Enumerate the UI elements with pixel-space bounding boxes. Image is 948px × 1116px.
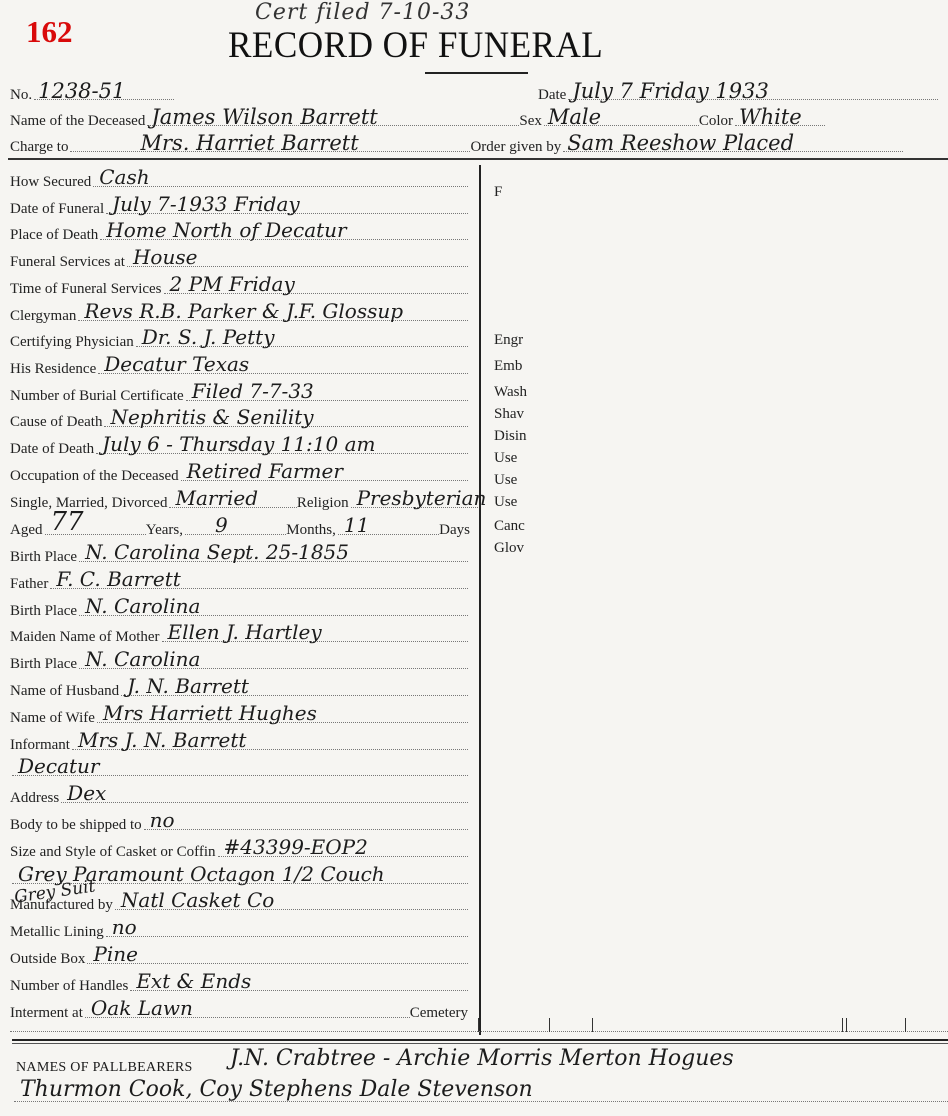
record-number-label: No.: [10, 87, 32, 104]
record-number-field: 1238-51: [34, 77, 174, 100]
side-column-label: Engr: [494, 332, 523, 349]
days-value: 11: [344, 513, 369, 537]
field-value: Filed 7-7-33: [192, 379, 314, 403]
field-value: Pine: [93, 942, 138, 966]
field-label: Name of Wife: [10, 710, 95, 727]
form-field-row: Number of HandlesExt & Ends: [10, 969, 468, 995]
sex-field: Male: [544, 103, 699, 126]
form-field-row: Metallic Liningno: [10, 915, 468, 941]
charge-row: Charge to Mrs. Harriet Barrett Order giv…: [10, 130, 903, 156]
form-field-row: Size and Style of Casket or Coffin#43399…: [10, 835, 468, 861]
form-field-row: InformantMrs J. N. Barrett: [10, 728, 468, 754]
months-value: 9: [215, 513, 228, 537]
aged-label: Aged: [10, 522, 43, 539]
tick-mark: [478, 1018, 479, 1032]
form-field-row: Name of WifeMrs Harriett Hughes: [10, 701, 468, 727]
field-value: J. N. Barrett: [127, 674, 249, 698]
side-column-label: Glov: [494, 540, 524, 557]
field-value: Retired Farmer: [187, 459, 343, 483]
form-field-row: Birth PlaceN. Carolina: [10, 647, 468, 673]
date-label: Date: [538, 87, 566, 104]
title-underline: [425, 72, 528, 74]
field-value: Decatur Texas: [104, 352, 249, 376]
form-field-row: Birth PlaceN. Carolina Sept. 25-1855: [10, 540, 468, 566]
field-label: Place of Death: [10, 227, 98, 244]
form-field-row: Body to be shipped tono: [10, 808, 468, 834]
field-value: Mrs Harriett Hughes: [103, 701, 317, 725]
pallbearers-line-1: J.N. Crabtree - Archie Morris Merton Hog…: [230, 1046, 734, 1071]
sex-value: Male: [548, 105, 601, 129]
field-line: 2 PM Friday: [164, 271, 468, 294]
field-line: Decatur Texas: [98, 351, 468, 374]
field-value: July 6 - Thursday 11:10 am: [102, 432, 375, 456]
section-divider-thin: [12, 1043, 948, 1044]
field-label: Informant: [10, 737, 70, 754]
years-field: 77: [45, 512, 146, 535]
form-field-row: Decatur: [10, 754, 468, 780]
side-column-label: Disin: [494, 428, 527, 445]
order-label: Order given by: [470, 139, 561, 156]
field-value: Dex: [67, 781, 106, 805]
page-title: RECORD OF FUNERAL: [228, 24, 603, 67]
charge-value: Mrs. Harriet Barrett: [140, 131, 358, 155]
side-column-label: Use: [494, 494, 517, 511]
charge-label: Charge to: [10, 139, 68, 156]
form-field-row: Interment atOak LawnCemetery: [10, 996, 468, 1022]
sex-label: Sex: [519, 113, 542, 130]
field-label: Metallic Lining: [10, 924, 104, 941]
field-value: Dr. S. J. Petty: [142, 325, 275, 349]
field-label: Name of Husband: [10, 683, 119, 700]
bottom-dotted-line: [10, 1027, 948, 1032]
color-label: Color: [699, 113, 733, 130]
field-value: N. Carolina: [85, 594, 200, 618]
religion-field: Presbyterian: [351, 485, 478, 508]
header-divider: [8, 158, 948, 160]
side-column-label: Emb: [494, 358, 522, 375]
form-field-row: Cause of DeathNephritis & Senility: [10, 405, 468, 431]
field-line: Cash: [93, 164, 468, 187]
field-line: Filed 7-7-33: [186, 378, 468, 401]
field-line: F. C. Barrett: [50, 566, 468, 589]
field-label: Time of Funeral Services: [10, 281, 162, 298]
tick-mark: [846, 1018, 847, 1032]
years-label: Years,: [146, 522, 183, 539]
form-field-row: Certifying PhysicianDr. S. J. Petty: [10, 325, 468, 351]
field-label: Outside Box: [10, 951, 85, 968]
field-label: Birth Place: [10, 549, 77, 566]
field-label: Birth Place: [10, 656, 77, 673]
field-line: Revs R.B. Parker & J.F. Glossup: [78, 298, 468, 321]
color-value: White: [739, 105, 802, 129]
religion-value: Presbyterian: [357, 486, 487, 510]
field-line: no: [144, 807, 468, 830]
field-value: Cash: [99, 165, 149, 189]
marital-value: Married: [175, 486, 258, 510]
field-value: Revs R.B. Parker & J.F. Glossup: [84, 299, 403, 323]
field-value: no: [112, 915, 137, 939]
tick-mark: [905, 1018, 906, 1032]
field-label: Occupation of the Deceased: [10, 468, 179, 485]
days-field: 11: [338, 512, 439, 535]
field-label: Number of Burial Certificate: [10, 388, 184, 405]
form-field-row: His ResidenceDecatur Texas: [10, 352, 468, 378]
days-label: Days: [439, 522, 470, 539]
side-column-label: Shav: [494, 406, 524, 423]
tick-mark: [549, 1018, 550, 1032]
field-value: N. Carolina Sept. 25-1855: [85, 540, 349, 564]
field-value: Nephritis & Senility: [110, 405, 313, 429]
field-line: Dex: [61, 780, 468, 803]
field-line: no: [106, 914, 468, 937]
field-line: #43399-EOP2: [218, 834, 468, 857]
age-row: Aged 77 Years, 9 Months, 11 Days: [10, 513, 470, 539]
marital-label: Single, Married, Divorced: [10, 495, 167, 512]
field-line: J. N. Barrett: [121, 673, 468, 696]
record-number-value: 1238-51: [38, 79, 125, 103]
field-value: Ellen J. Hartley: [168, 620, 322, 644]
side-column-label: Use: [494, 450, 517, 467]
field-label: Size and Style of Casket or Coffin: [10, 844, 216, 861]
certificate-note: Cert filed 7-10-33: [255, 0, 470, 25]
form-field-row: Number of Burial CertificateFiled 7-7-33: [10, 379, 468, 405]
field-label: Birth Place: [10, 603, 77, 620]
section-divider: [12, 1039, 948, 1041]
field-suffix: Cemetery: [410, 1005, 468, 1022]
field-label: Date of Funeral: [10, 201, 104, 218]
field-line: Retired Farmer: [181, 458, 468, 481]
field-value: Oak Lawn: [91, 996, 193, 1020]
form-field-row: Birth PlaceN. Carolina: [10, 594, 468, 620]
form-field-row: Name of HusbandJ. N. Barrett: [10, 674, 468, 700]
form-field-row: Outside BoxPine: [10, 942, 468, 968]
field-label: Father: [10, 576, 48, 593]
deceased-label: Name of the Deceased: [10, 113, 145, 130]
field-value: N. Carolina: [85, 647, 200, 671]
field-label: Interment at: [10, 1005, 83, 1022]
deceased-value: James Wilson Barrett: [151, 105, 377, 129]
field-value: #43399-EOP2: [224, 835, 368, 859]
field-line: N. Carolina: [79, 593, 468, 616]
form-field-row: Funeral Services atHouse: [10, 245, 468, 271]
form-field-row: Date of DeathJuly 6 - Thursday 11:10 am: [10, 432, 468, 458]
deceased-row: Name of the Deceased James Wilson Barret…: [10, 104, 825, 130]
field-label: His Residence: [10, 361, 96, 378]
religion-label: Religion: [297, 495, 349, 512]
date-value: July 7 Friday 1933: [572, 79, 769, 103]
form-field-row: Place of DeathHome North of Decatur: [10, 218, 468, 244]
field-label: Body to be shipped to: [10, 817, 142, 834]
side-column-label: Canc: [494, 518, 525, 535]
charge-field: Mrs. Harriet Barrett: [70, 129, 470, 152]
side-column-label: Use: [494, 472, 517, 489]
months-field: 9: [185, 512, 286, 535]
field-line: N. Carolina Sept. 25-1855: [79, 539, 468, 562]
tick-mark: [842, 1018, 843, 1032]
order-field: Sam Reeshow Placed: [563, 129, 903, 152]
field-value: F. C. Barrett: [56, 567, 180, 591]
field-line: July 7-1933 Friday: [106, 191, 468, 214]
page-number: 162: [26, 14, 73, 50]
field-value: no: [150, 808, 175, 832]
column-divider: [479, 165, 481, 1035]
field-value: Natl Casket Co: [121, 888, 274, 912]
form-field-row: FatherF. C. Barrett: [10, 567, 468, 593]
field-value: July 7-1933 Friday: [112, 192, 300, 216]
side-column-label: F: [494, 184, 502, 201]
pallbearers-label: NAMES OF PALLBEARERS: [16, 1060, 193, 1076]
field-label: Cause of Death: [10, 414, 102, 431]
field-value: Home North of Decatur: [106, 218, 346, 242]
field-label: Clergyman: [10, 308, 76, 325]
side-column-label: Wash: [494, 384, 527, 401]
tick-mark: [592, 1018, 593, 1032]
form-field-row: Date of FuneralJuly 7-1933 Friday: [10, 192, 468, 218]
field-label: Maiden Name of Mother: [10, 629, 160, 646]
field-label: Certifying Physician: [10, 334, 134, 351]
field-line: Ext & Ends: [130, 968, 468, 991]
months-label: Months,: [286, 522, 336, 539]
field-line: Mrs J. N. Barrett: [72, 727, 468, 750]
date-field: July 7 Friday 1933: [568, 77, 938, 100]
field-line: Mrs Harriett Hughes: [97, 700, 468, 723]
field-line: Pine: [87, 941, 468, 964]
color-field: White: [735, 103, 825, 126]
field-line: Home North of Decatur: [100, 217, 468, 240]
field-line: Nephritis & Senility: [104, 404, 468, 427]
marital-field: Married: [169, 485, 296, 508]
field-label: Funeral Services at: [10, 254, 125, 271]
form-field-row: AddressDex: [10, 781, 468, 807]
field-line: Oak Lawn: [85, 995, 410, 1018]
form-field-row: Maiden Name of MotherEllen J. Hartley: [10, 620, 468, 646]
field-value: 2 PM Friday: [170, 272, 295, 296]
field-value: Mrs J. N. Barrett: [78, 728, 246, 752]
field-line: Decatur: [12, 753, 468, 776]
field-line: Ellen J. Hartley: [162, 619, 468, 642]
form-field-row: ClergymanRevs R.B. Parker & J.F. Glossup: [10, 299, 468, 325]
field-line: House: [127, 244, 468, 267]
field-line: Natl Casket Co: [115, 887, 468, 910]
pallbearers-line-2: Thurmon Cook, Coy Stephens Dale Stevenso…: [20, 1077, 533, 1102]
field-line: N. Carolina: [79, 646, 468, 669]
field-label: Date of Death: [10, 441, 94, 458]
field-value: Ext & Ends: [136, 969, 251, 993]
form-field-row: How SecuredCash: [10, 165, 468, 191]
order-value: Sam Reeshow Placed: [567, 131, 794, 155]
pallbearers-dotted-line: [14, 1101, 948, 1102]
field-label: Address: [10, 790, 59, 807]
field-label: How Secured: [10, 174, 91, 191]
field-value: Decatur: [18, 754, 99, 778]
field-line: July 6 - Thursday 11:10 am: [96, 431, 468, 454]
record-number-row: No. 1238-51: [10, 78, 530, 104]
deceased-field: James Wilson Barrett: [147, 103, 519, 126]
years-value: 77: [51, 507, 84, 537]
field-value: House: [133, 245, 197, 269]
field-label: Number of Handles: [10, 978, 128, 995]
field-line: Dr. S. J. Petty: [136, 324, 468, 347]
date-row: Date July 7 Friday 1933: [538, 78, 948, 104]
form-field-row: Time of Funeral Services2 PM Friday: [10, 272, 468, 298]
form-field-row: Occupation of the DeceasedRetired Farmer: [10, 459, 468, 485]
